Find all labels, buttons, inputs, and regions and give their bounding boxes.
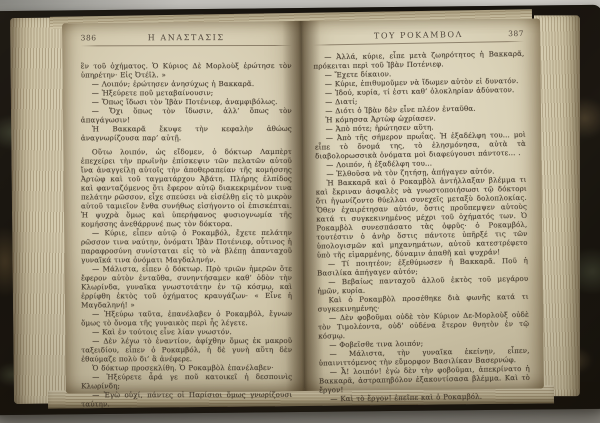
paragraph: — Δὲν λέγω τὸ ἐναντίον, ἀφίχθην ὅμως ἐκ … [81, 336, 292, 363]
right-page-text: — Ἀλλά, κύριε, εἶπε μετὰ ζωηρότητος ἡ Βα… [313, 49, 530, 404]
paragraph: — Ἆ! λοιπόν! ἐγὼ δὲν τὴν φοβοῦμαι, ἀπεκρ… [319, 364, 530, 395]
left-header-rule [81, 45, 292, 46]
right-header-spacer [313, 39, 355, 40]
paragraph: — Ὅπως ἴδωσι τὸν Ἰβὰν Ποτένιεφ, ἀναμφιβό… [81, 97, 292, 106]
left-running-header: 386 Η ΑΝΑΣΤΑΣΙΣ [81, 33, 292, 42]
paragraph: — Ἐγὼ οὐχί, πάντες οἱ Παρίσιοι ὅμως γνωρ… [81, 390, 292, 408]
left-header-title: Η ΑΝΑΣΤΑΣΙΣ [123, 33, 250, 42]
left-page-text: ἓν τοῦ ὀχήματος. Ὁ Κύριος Δὲ Μορλοὺξ ἐρώ… [81, 61, 293, 408]
paragraph: Οὕτω λοιπόν, ὡς εἴδομεν, ὁ δόκτωρ Λαμπὲρ… [81, 147, 292, 228]
paragraph: Ὁ δόκτωρ προσεκλίθη. Ὁ Ροκαμβὸλ ἐπανέλαβ… [81, 363, 292, 372]
left-page: 386 Η ΑΝΑΣΤΑΣΙΣ ἓν τοῦ ὀχήματος. Ὁ Κύριο… [62, 21, 305, 393]
right-page-content: ΤΟΥ ΡΟΚΑΜΒΟΛ 387 — Ἀλλά, κύριε, εἶπε μετ… [313, 29, 530, 380]
paragraph: Ἡ Βακκαρᾶ καὶ ὁ Ροκαμβὸλ ἀντήλλαξαν βλέμ… [315, 175, 527, 260]
right-running-header: ΤΟΥ ΡΟΚΑΜΒΟΛ 387 [313, 29, 524, 42]
paragraph: — Λοιπόν; ἐρώτησεν ἀνησύχως ἡ Βακκαρᾶ. [81, 79, 292, 88]
paragraph: ἓν τοῦ ὀχήματος. Ὁ Κύριος Δὲ Μορλοὺξ ἐρώ… [81, 61, 292, 79]
paragraph: — Ὄχι ὅπως τὸν ἴδωσιν, ἀλλ’ ὅπως τὸν ἀπα… [81, 106, 292, 124]
right-header-title: ΤΟΥ ΡΟΚΑΜΒΟΛ [355, 30, 482, 41]
open-spread: 386 Η ΑΝΑΣΤΑΣΙΣ ἓν τοῦ ὀχήματος. Ὁ Κύριο… [62, 18, 544, 393]
left-page-content: 386 Η ΑΝΑΣΤΑΣΙΣ ἓν τοῦ ὀχήματος. Ὁ Κύριο… [81, 33, 293, 380]
left-page-number: 386 [81, 33, 123, 42]
paragraph: — Κύριε, εἶπεν αὐτῷ ὁ Ροκαμβόλ, ἔχετε πε… [81, 228, 292, 264]
paragraph: — Ἀπὸ τῆς σήμερον πρωΐας. Ἡ ἐξαδέλφη του… [315, 130, 526, 161]
paragraph: — Ἠξεύρετε ποῦ μεταβαίνουσιν; [81, 88, 292, 97]
book-photograph: 386 Η ΑΝΑΣΤΑΣΙΣ ἓν τοῦ ὀχήματος. Ὁ Κύριο… [0, 0, 600, 423]
right-header-rule [313, 41, 524, 46]
paragraph: — Καὶ ἐν τούτοις εἶνε λίαν γνωστόν. [81, 327, 292, 336]
right-page: ΤΟΥ ΡΟΚΑΜΒΟΛ 387 — Ἀλλά, κύριε, εἶπε μετ… [301, 18, 544, 390]
right-page-number: 387 [482, 29, 524, 39]
paragraph: Ἡ Βακκαρᾶ ἔκυψε τὴν κεφαλὴν ἀθώως ἀναγνω… [81, 124, 292, 142]
paragraph: — Ἠξεύρω ταῦτα, ἐπανέλαβεν ὁ Ροκαμβόλ, ἔ… [81, 309, 292, 327]
book: 386 Η ΑΝΑΣΤΑΣΙΣ ἓν τοῦ ὀχήματος. Ὁ Κύριο… [0, 5, 600, 415]
paragraph: — Ἠξεύρετε ἆρά γε ποῦ κατοικεῖ ἡ δεσποιν… [81, 372, 292, 390]
paragraph: — Δὲν φοβοῦμαι οὐδὲ τὸν Κύριον Δε-Μορλοὺ… [318, 310, 529, 341]
paragraph: — Μάλιστα, εἶπεν ὁ δόκτωρ. Πρὸ τριῶν ἡμε… [81, 264, 292, 309]
